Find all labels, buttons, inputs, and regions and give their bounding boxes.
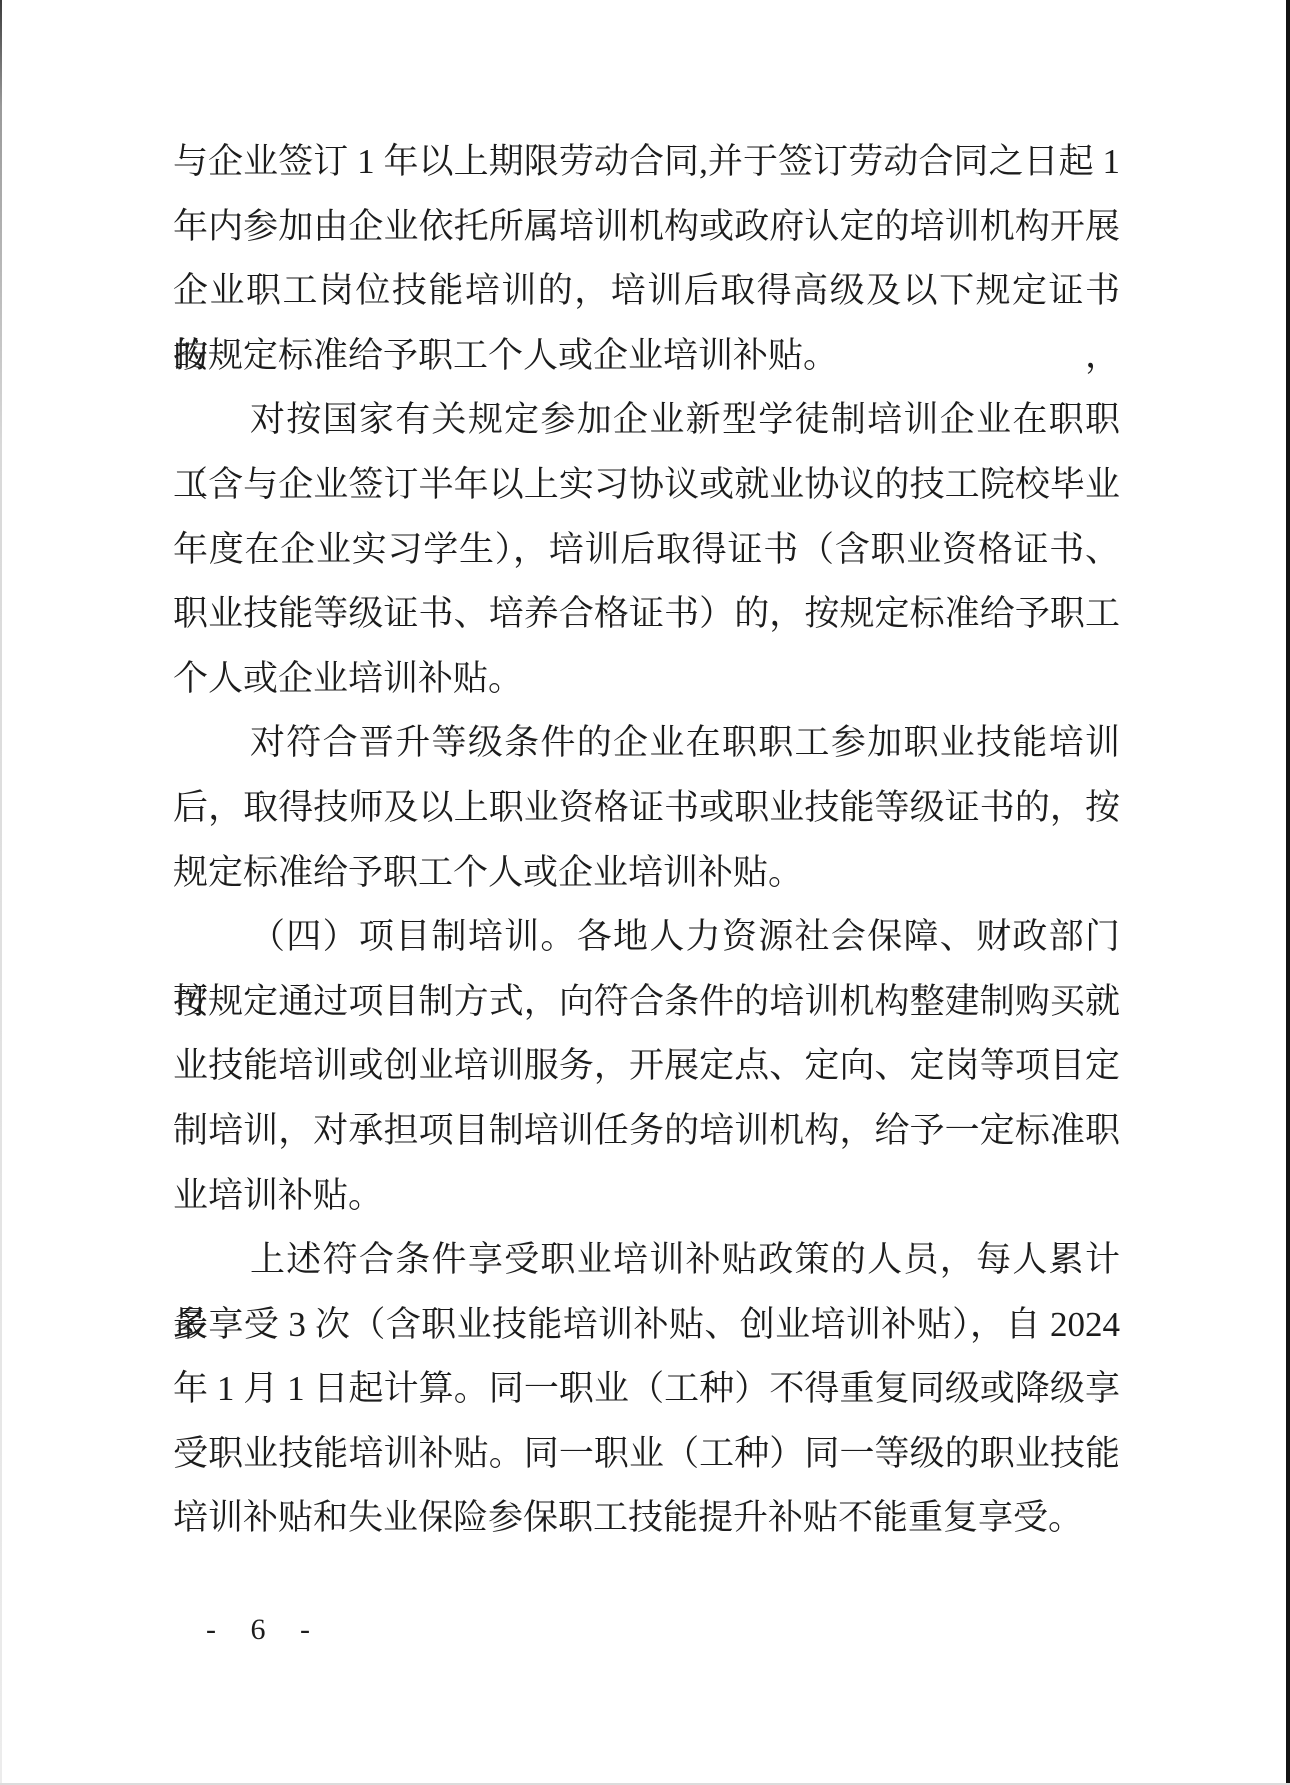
text-line: （四）项目制培训。各地人力资源社会保障、财政部门可 [173,905,1120,970]
text-line: 对符合晋升等级条件的企业在职职工参加职业技能培训 [173,711,1120,776]
text-line: 个人或企业培训补贴。 [173,647,1120,712]
text-line: 年 1 月 1 日起计算。同一职业（工种）不得重复同级或降级享 [173,1357,1120,1422]
text-line: 规定标准给予职工个人或企业培训补贴。 [173,841,1120,906]
document-body-text: 与企业签订 1 年以上期限劳动合同,并于签订劳动合同之日起 1年内参加由企业依托… [173,130,1120,1551]
text-line: （含与企业签订半年以上实习协议或就业协议的技工院校毕业 [173,453,1120,518]
paragraph: （四）项目制培训。各地人力资源社会保障、财政部门可按规定通过项目制方式，向符合条… [173,905,1120,1228]
page-number: - 6 - [206,1608,323,1652]
text-line: 对按国家有关规定参加企业新型学徒制培训企业在职职工 [173,388,1120,453]
text-line: 多享受 3 次（含职业技能培训补贴、创业培训补贴），自 2024 [173,1293,1120,1358]
paragraph: 与企业签订 1 年以上期限劳动合同,并于签订劳动合同之日起 1年内参加由企业依托… [173,130,1120,388]
text-line: 上述符合条件享受职业培训补贴政策的人员，每人累计最 [173,1228,1120,1293]
text-line: 培训补贴和失业保险参保职工技能提升补贴不能重复享受。 [173,1486,1120,1551]
page-left-edge [0,0,2,1785]
paragraph: 对按国家有关规定参加企业新型学徒制培训企业在职职工（含与企业签订半年以上实习协议… [173,388,1120,711]
paragraph: 上述符合条件享受职业培训补贴政策的人员，每人累计最多享受 3 次（含职业技能培训… [173,1228,1120,1551]
text-line: 年内参加由企业依托所属培训机构或政府认定的培训机构开展 [173,195,1120,260]
text-line: 制培训，对承担项目制培训任务的培训机构，给予一定标准职 [173,1099,1120,1164]
document-page: 与企业签订 1 年以上期限劳动合同,并于签订劳动合同之日起 1年内参加由企业依托… [0,0,1290,1785]
text-line: 与企业签订 1 年以上期限劳动合同,并于签订劳动合同之日起 1 [173,130,1120,195]
text-line: 业技能培训或创业培训服务，开展定点、定向、定岗等项目定 [173,1034,1120,1099]
text-line: 职业技能等级证书、培养合格证书）的，按规定标准给予职工 [173,582,1120,647]
text-line: 企业职工岗位技能培训的，培训后取得高级及以下规定证书的， [173,259,1120,324]
text-line: 业培训补贴。 [173,1164,1120,1229]
page-right-edge [1286,0,1290,1785]
text-line: 年度在企业实习学生），培训后取得证书（含职业资格证书、 [173,518,1120,583]
paragraph: 对符合晋升等级条件的企业在职职工参加职业技能培训后，取得技师及以上职业资格证书或… [173,711,1120,905]
text-line: 按规定通过项目制方式，向符合条件的培训机构整建制购买就 [173,970,1120,1035]
text-line: 受职业技能培训补贴。同一职业（工种）同一等级的职业技能 [173,1422,1120,1487]
text-line: 后，取得技师及以上职业资格证书或职业技能等级证书的，按 [173,776,1120,841]
